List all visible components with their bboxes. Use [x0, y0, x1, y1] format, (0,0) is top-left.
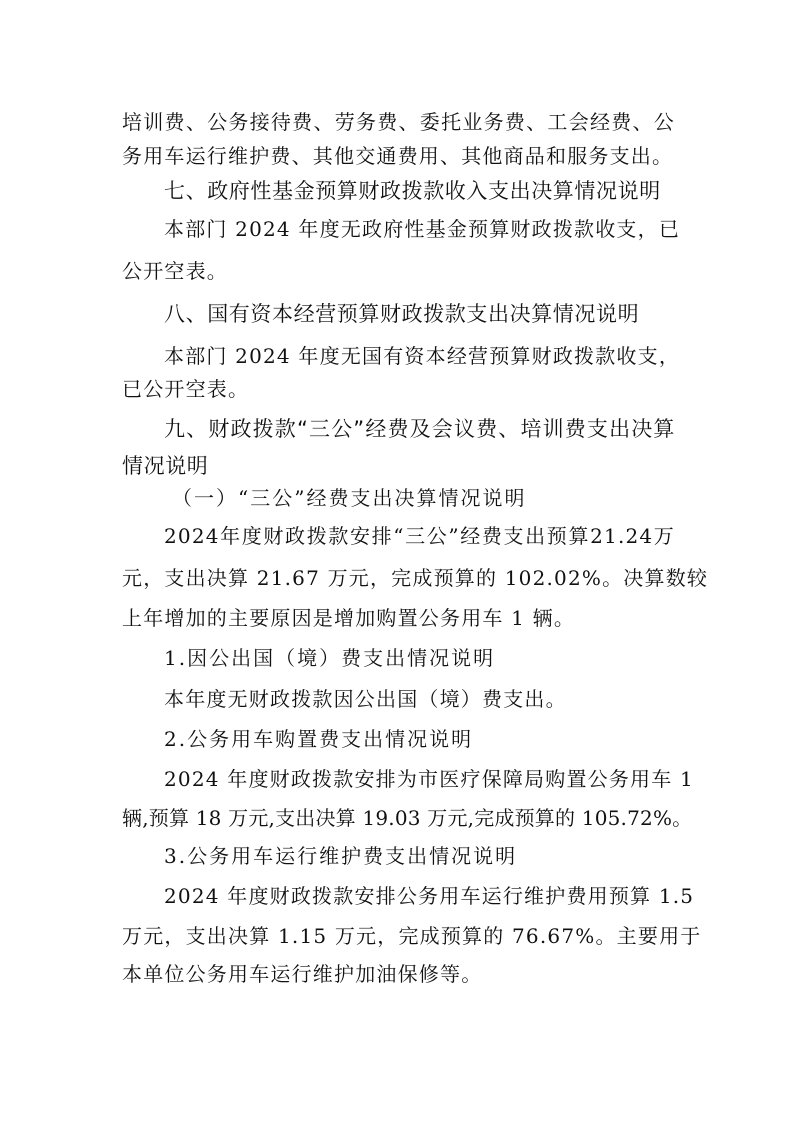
item-heading-2: 2.公务用车购置费支出情况说明 [164, 726, 675, 752]
body-text-line: 本单位公务用车运行维护加油保修等。 [122, 961, 675, 987]
body-text-line: 上年增加的主要原因是增加购置公务用车 1 辆。 [122, 605, 675, 631]
item-heading-1: 1.因公出国（境）费支出情况说明 [164, 645, 675, 671]
body-text-line: 万元，支出决算 1.15 万元，完成预算的 76.67%。主要用于 [122, 923, 675, 949]
body-text-line: 公开空表。 [122, 258, 675, 284]
body-text-line: 已公开空表。 [122, 376, 675, 402]
body-text-line: 2024年度财政拨款安排“三公”经费支出预算21.24万 [164, 523, 675, 549]
item-heading-3: 3.公务用车运行维护费支出情况说明 [164, 843, 675, 869]
body-text-line: 本部门 2024 年度无国有资本经营预算财政拨款收支， [164, 343, 675, 369]
section-heading-9-cont: 情况说明 [122, 453, 675, 479]
body-text-line: 2024 年度财政拨款安排公务用车运行维护费用预算 1.5 [164, 883, 675, 909]
body-text-line: 务用车运行维护费、其他交通费用、其他商品和服务支出。 [122, 143, 675, 169]
section-heading-9: 九、财政拨款“三公”经费及会议费、培训费支出决算 [164, 416, 675, 442]
body-text-line: 本部门 2024 年度无政府性基金预算财政拨款收支，已 [164, 216, 675, 242]
section-heading-8: 八、国有资本经营预算财政拨款支出决算情况说明 [164, 301, 675, 327]
document-page: 培训费、公务接待费、劳务费、委托业务费、工会经费、公 务用车运行维护费、其他交通… [0, 0, 793, 1122]
body-text-line: 本年度无财政拨款因公出国（境）费支出。 [164, 686, 675, 712]
body-text-line: 2024 年度财政拨款安排为市医疗保障局购置公务用车 1 [164, 766, 675, 792]
subsection-heading-1: （一）“三公”经费支出决算情况说明 [172, 485, 683, 511]
body-text-line: 元，支出决算 21.67 万元，完成预算的 102.02%。决算数较 [122, 565, 675, 591]
section-heading-7: 七、政府性基金预算财政拨款收入支出决算情况说明 [164, 178, 675, 204]
body-text-line: 培训费、公务接待费、劳务费、委托业务费、工会经费、公 [122, 109, 675, 135]
body-text-line: 辆,预算 18 万元,支出决算 19.03 万元,完成预算的 105.72%。 [122, 805, 675, 831]
